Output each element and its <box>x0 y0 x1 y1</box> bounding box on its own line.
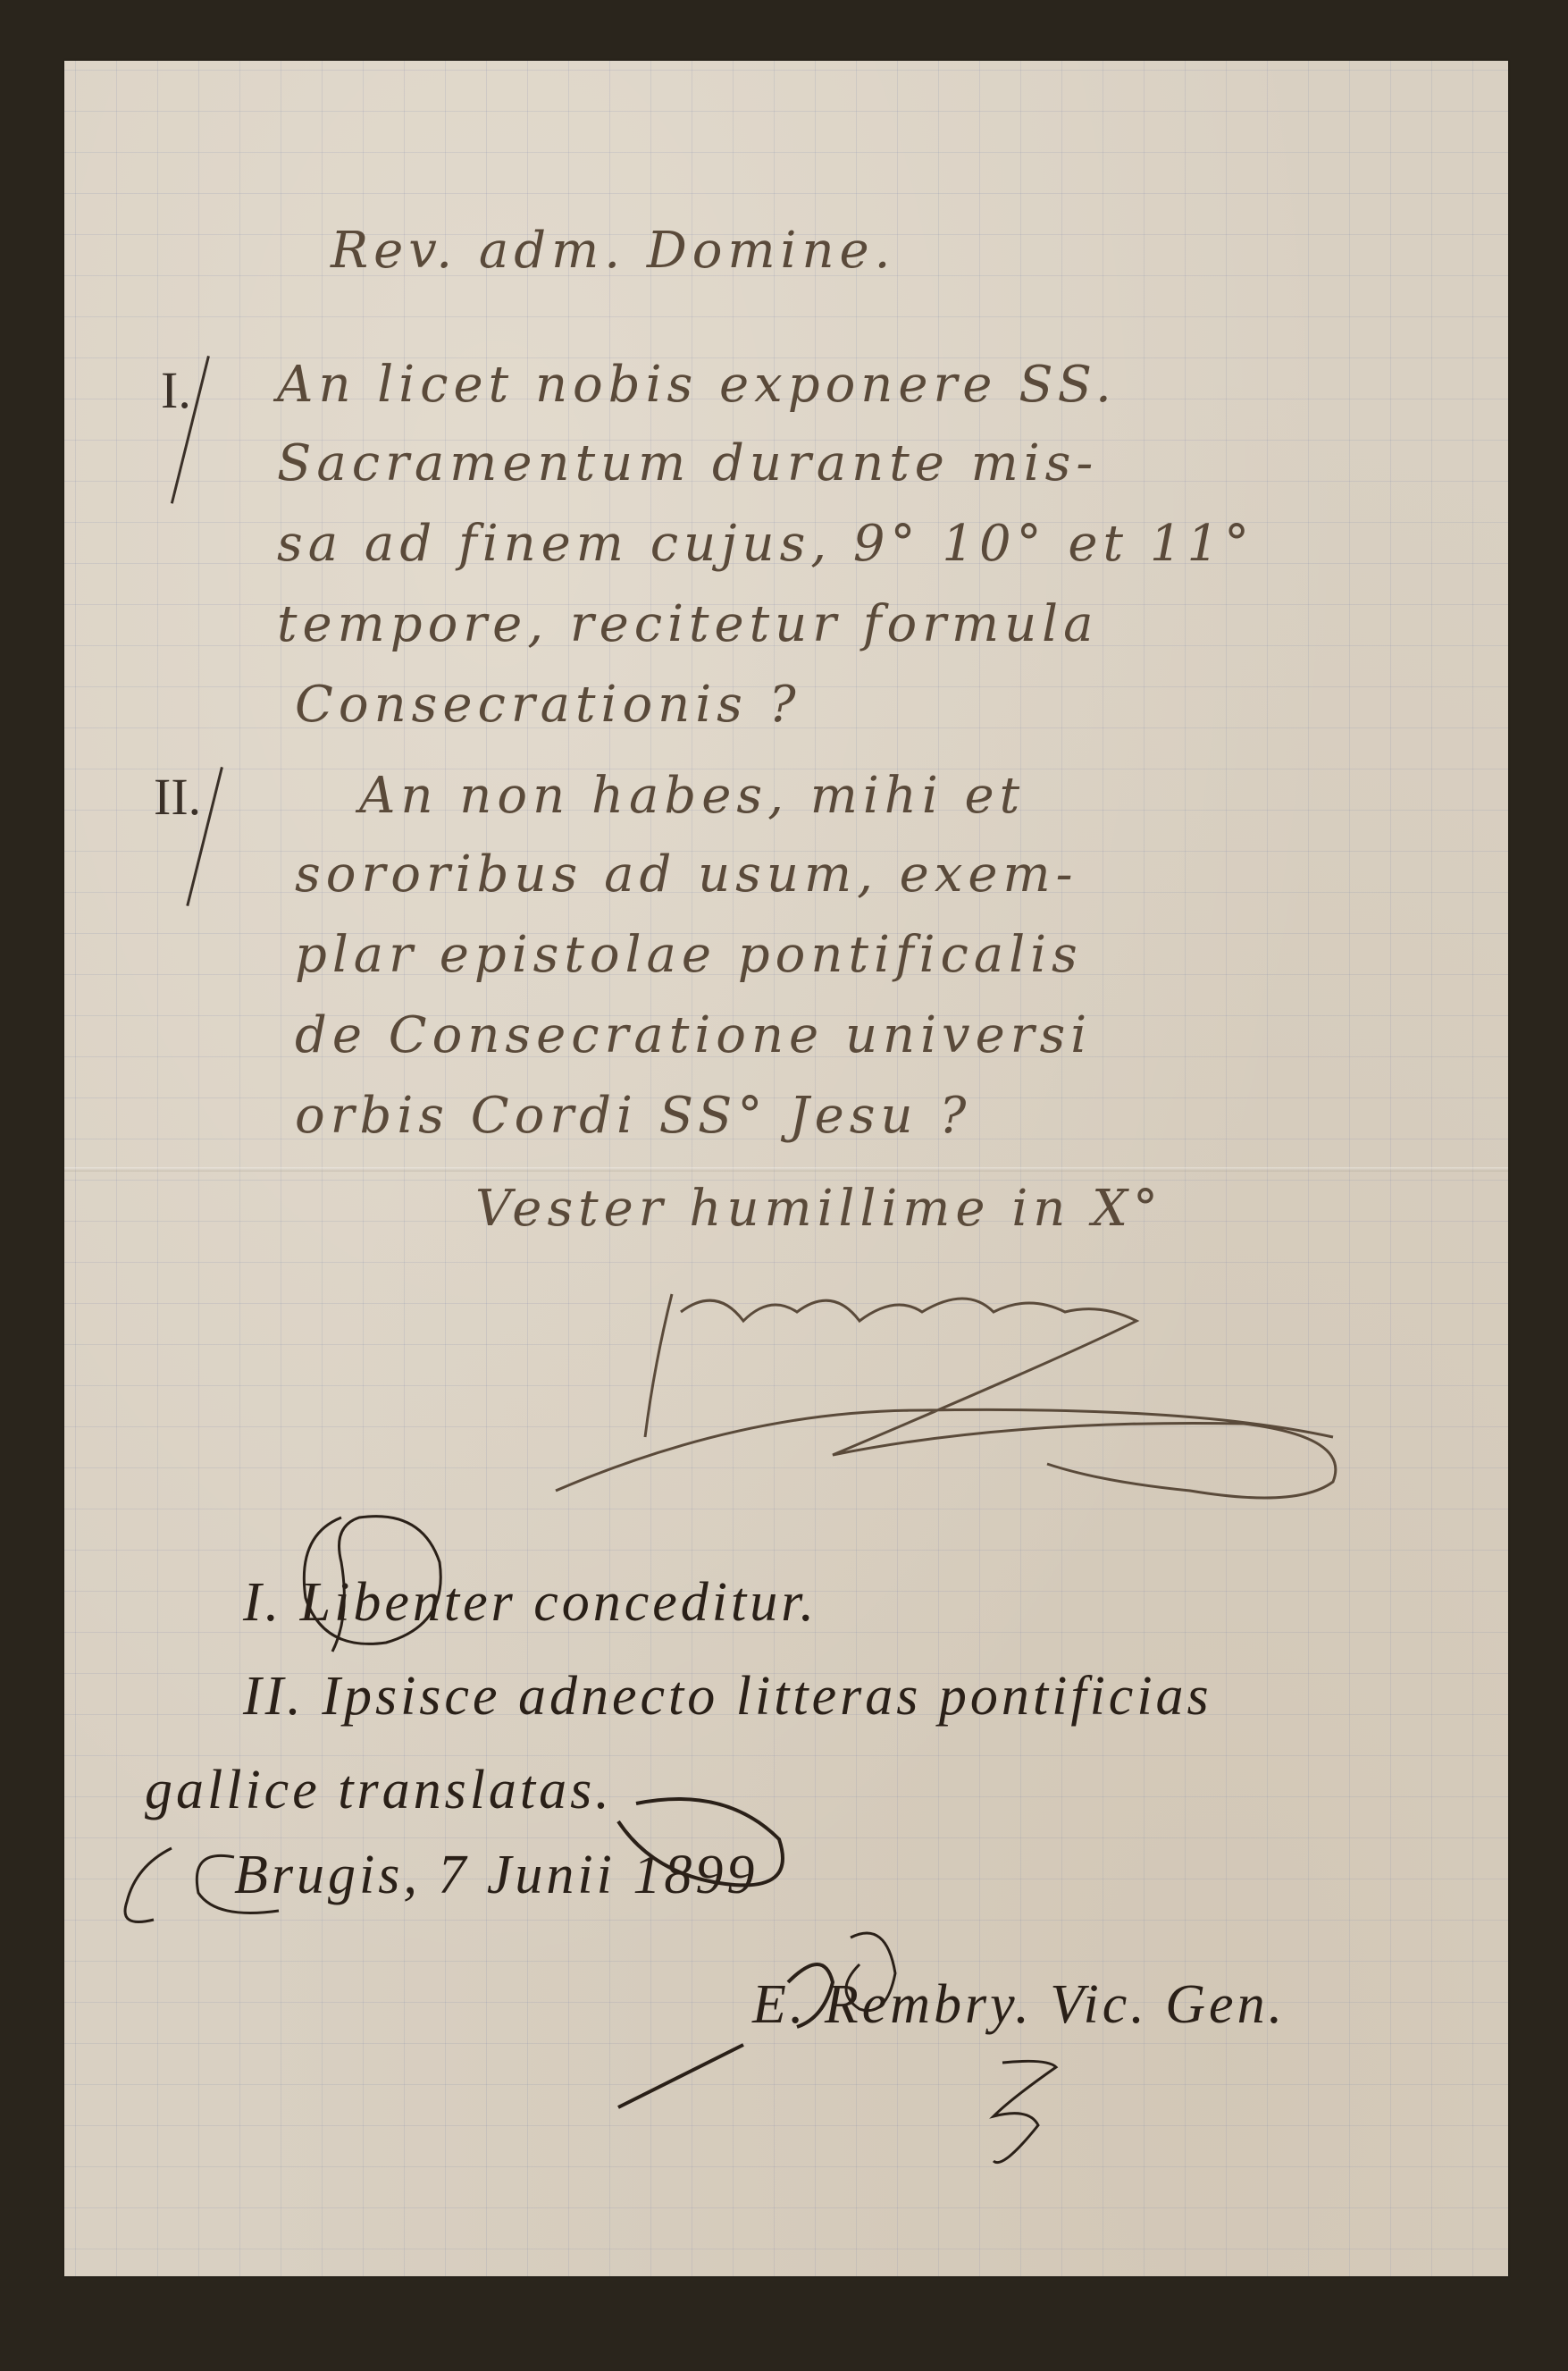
requester-signature <box>565 1258 1458 1518</box>
salutation: Rev. adm. Domine. <box>331 222 895 280</box>
question-1-line-4: tempore, recitetur formula <box>277 595 1098 653</box>
question-1-line-2: Sacramentum durante mis- <box>277 434 1098 492</box>
question-numeral-1: I. <box>161 360 191 420</box>
question-1-line-5: Consecrationis ? <box>295 676 801 734</box>
closing-line: Vester humillime in X° <box>475 1180 1163 1238</box>
reply-line-1: I. Libenter conceditur. <box>243 1571 818 1635</box>
question-1-line-1: An licet nobis exponere SS. <box>277 356 1117 414</box>
question-2-line-4: de Consecratione universi <box>295 1006 1092 1064</box>
paper-fold-crease <box>64 1167 1508 1172</box>
reply-flourishes <box>100 1786 994 1920</box>
question-2-line-2: sororibus ad usum, exem- <box>295 845 1078 904</box>
letter-paper: Rev. adm. Domine. I. An licet nobis expo… <box>64 61 1508 2276</box>
question-2-line-1: An non habes, mihi et <box>359 767 1025 825</box>
question-2-line-5: orbis Cordi SS° Jesu ? <box>295 1087 971 1145</box>
question-1-line-3: sa ad finem cujus, 9° 10° et 11° <box>277 515 1254 573</box>
reply-line-2: II. Ipsisce adnecto litteras pontificias <box>243 1665 1212 1728</box>
question-2-line-3: plar epistolae pontificalis <box>295 926 1083 984</box>
reply-signature-flourish <box>618 1920 1244 2188</box>
question-numeral-2: II. <box>154 767 201 827</box>
